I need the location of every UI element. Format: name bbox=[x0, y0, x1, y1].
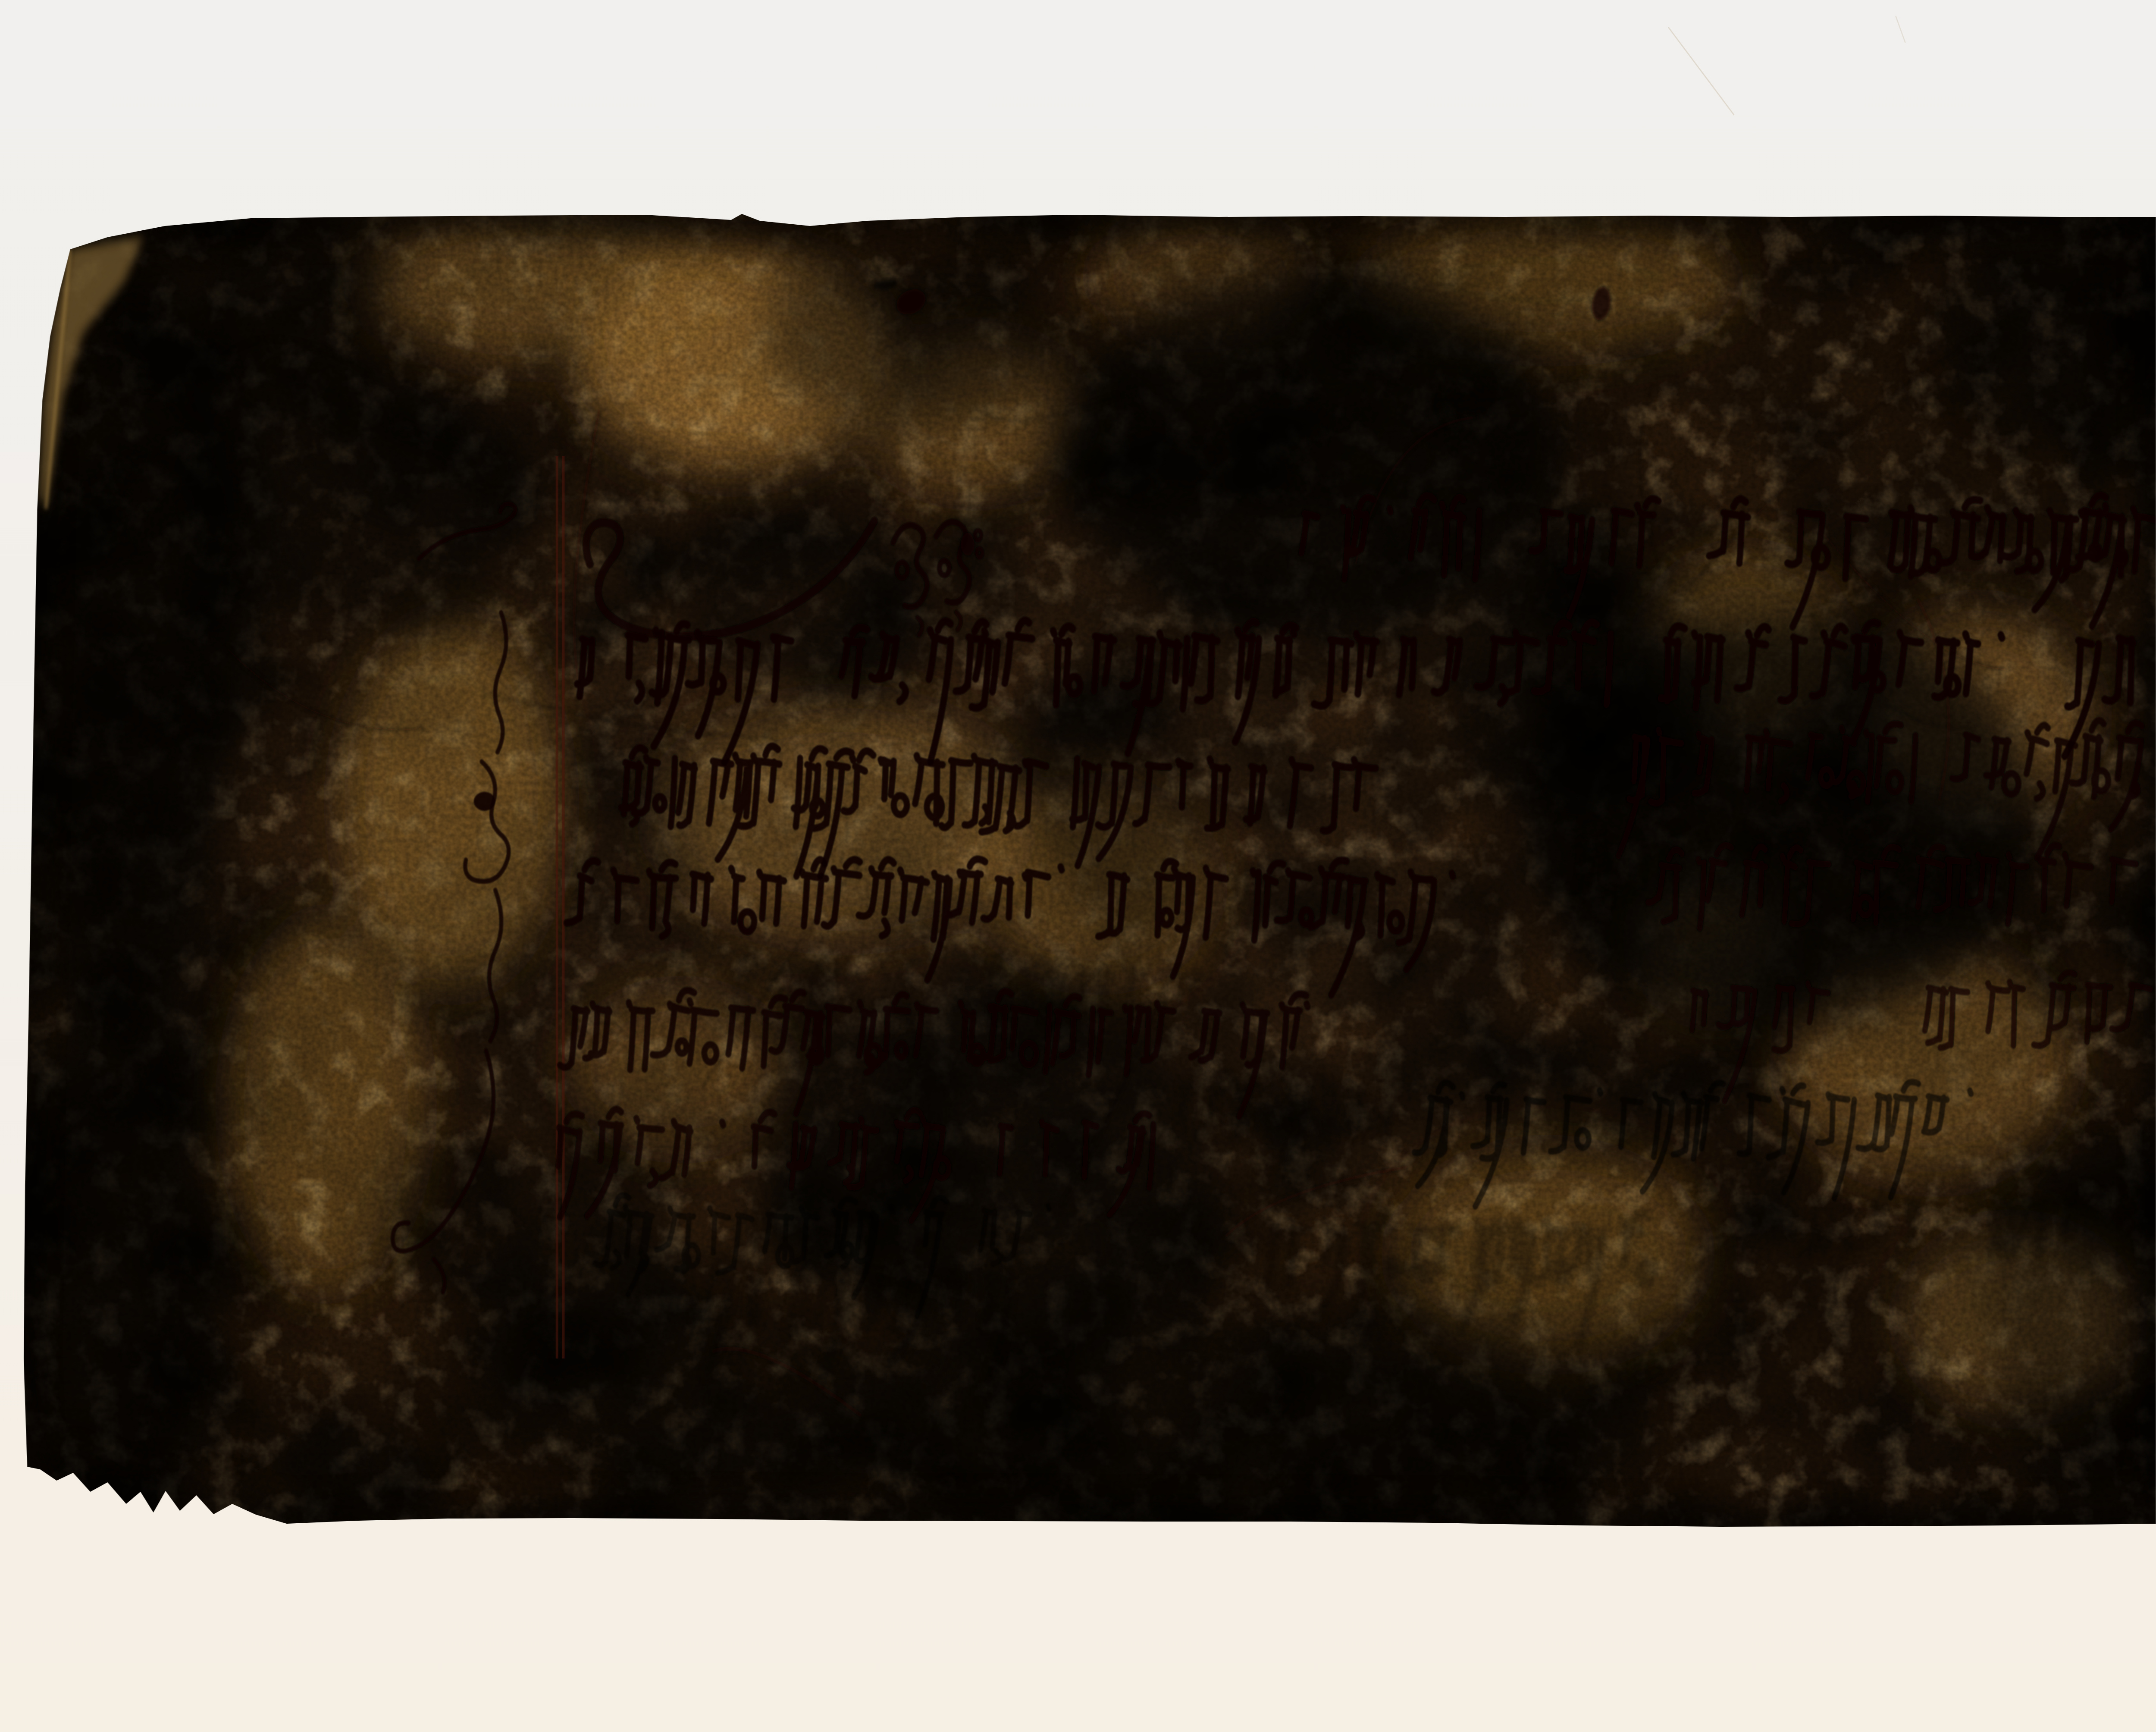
photo-frame bbox=[0, 0, 2156, 1732]
manuscript-photograph bbox=[0, 0, 2156, 1732]
ink-blob bbox=[960, 533, 975, 556]
cursive-ink-blob bbox=[474, 792, 495, 811]
manuscript-leaf bbox=[0, 168, 2156, 1574]
paper-grain bbox=[22, 210, 2156, 1530]
